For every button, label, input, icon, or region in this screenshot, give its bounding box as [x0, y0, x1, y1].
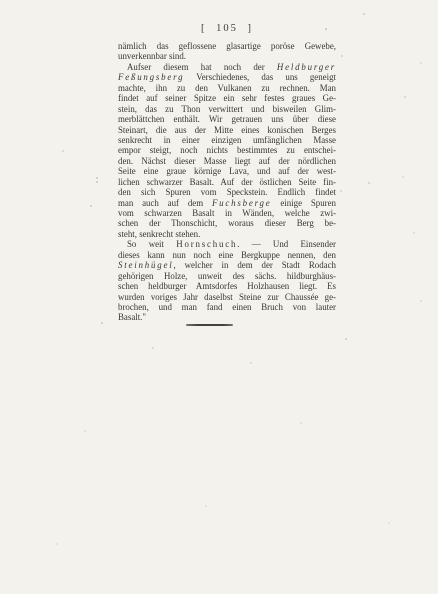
text-segment: wurden voriges Jahr daselbst Steine zur …	[118, 292, 336, 302]
text-line: man auch auf dem Fuchsberge einige Spure…	[118, 198, 336, 208]
emphasized-text: Heldburger	[277, 62, 336, 72]
text-segment: nämlich das geflossene glasartige poröse…	[118, 41, 336, 51]
text-line: empor steigt, noch nichts bestimmtes zu …	[118, 145, 336, 155]
text-segment: Seite eine graue körnige Lava, und auf d…	[118, 166, 336, 176]
text-line: schen heldburger Amtsdorfes Holzhausen l…	[118, 281, 336, 291]
text-block: nämlich das geflossene glasartige poröse…	[118, 41, 336, 323]
section-divider	[186, 324, 233, 326]
text-segment: stein, das zu Thon verwittert und biswei…	[118, 104, 336, 114]
text-line: merblättchen enthält. Wir getrauen uns ü…	[118, 114, 336, 124]
text-line: So weit Hornschuch. — Und Einsender	[118, 239, 336, 249]
page-header: [ 105 ]	[118, 23, 336, 34]
text-segment: Aufser diesem hat noch der	[127, 62, 277, 72]
book-page: [ 105 ] nämlich das geflossene glasartig…	[0, 0, 438, 594]
text-line: Feßungsberg Verschiedenes, das uns genei…	[118, 72, 336, 82]
text-segment: Verschiedenes, das uns geneigt	[184, 72, 336, 82]
text-segment: So weit	[127, 239, 176, 249]
text-line: nämlich das geflossene glasartige poröse…	[118, 41, 336, 51]
text-segment: den. Nächst dieser Masse liegt auf der n…	[118, 156, 336, 166]
text-line: senkrecht in einer einzigen umfänglichen…	[118, 135, 336, 145]
text-segment: einige Spuren	[272, 198, 336, 208]
text-segment: Steinart, die aus der Mitte eines konisc…	[118, 125, 336, 135]
text-line: den sich Spuren vom Speckstein. Endlich …	[118, 187, 336, 197]
text-line: Aufser diesem hat noch der Heldburger	[118, 62, 336, 72]
text-line: Steinhügel, welcher in dem der Stadt Rod…	[118, 260, 336, 270]
text-segment: schen heldburger Amtsdorfes Holzhausen l…	[118, 281, 336, 291]
text-segment: senkrecht in einer einzigen umfänglichen…	[118, 135, 336, 145]
text-line: steht, senkrecht stehen.	[118, 229, 336, 239]
paper-speckles	[0, 0, 2, 2]
text-line: findet auf seiner Spitze ein sehr festes…	[118, 93, 336, 103]
text-line: stein, das zu Thon verwittert und biswei…	[118, 104, 336, 114]
emphasized-text: Feßungsberg	[118, 72, 184, 82]
text-line: gehörigen Holze, unweit des sächs. hildb…	[118, 271, 336, 281]
text-segment: merblättchen enthält. Wir getrauen uns ü…	[118, 114, 336, 124]
emphasized-text: Hornschuch	[176, 239, 237, 249]
text-line: brochen, und man fand einen Bruch von la…	[118, 302, 336, 312]
text-segment: Basalt."	[118, 312, 146, 322]
text-line: machte, ihn zu den Vulkanen zu rechnen. …	[118, 83, 336, 93]
text-line: wurden voriges Jahr daselbst Steine zur …	[118, 292, 336, 302]
text-segment: . — Und Einsender	[237, 239, 336, 249]
text-segment: lichen schwarzer Basalt. Auf der östlich…	[118, 177, 336, 187]
text-segment: machte, ihn zu den Vulkanen zu rechnen. …	[118, 83, 336, 93]
text-segment: findet auf seiner Spitze ein sehr festes…	[118, 93, 336, 103]
text-line: schen der Thonschicht, woraus dieser Ber…	[118, 218, 336, 228]
text-line: unverkennbar sind.	[118, 51, 336, 61]
text-segment: empor steigt, noch nichts bestimmtes zu …	[118, 145, 336, 155]
text-segment: man auch auf dem	[118, 198, 212, 208]
text-segment: unverkennbar sind.	[118, 51, 186, 61]
text-segment: dieses kann nun noch eine Bergkuppe nenn…	[118, 250, 336, 260]
emphasized-text: Steinhügel	[118, 260, 173, 270]
text-segment: brochen, und man fand einen Bruch von la…	[118, 302, 336, 312]
text-segment: schen der Thonschicht, woraus dieser Ber…	[118, 218, 336, 228]
text-line: lichen schwarzer Basalt. Auf der östlich…	[118, 177, 336, 187]
text-segment: den sich Spuren vom Speckstein. Endlich …	[118, 187, 336, 197]
text-line: vom schwarzen Basalt in Wänden, welche z…	[118, 208, 336, 218]
text-line: den. Nächst dieser Masse liegt auf der n…	[118, 156, 336, 166]
text-line: dieses kann nun noch eine Bergkuppe nenn…	[118, 250, 336, 260]
text-segment: gehörigen Holze, unweit des sächs. hildb…	[118, 271, 336, 281]
text-line: Basalt."	[118, 312, 336, 322]
text-line: Steinart, die aus der Mitte eines konisc…	[118, 125, 336, 135]
text-line: Seite eine graue körnige Lava, und auf d…	[118, 166, 336, 176]
emphasized-text: Fuchsberge	[212, 198, 272, 208]
text-segment: vom schwarzen Basalt in Wänden, welche z…	[118, 208, 336, 218]
text-segment: , welcher in dem der Stadt Rodach	[173, 260, 336, 270]
text-segment: steht, senkrecht stehen.	[118, 229, 200, 239]
